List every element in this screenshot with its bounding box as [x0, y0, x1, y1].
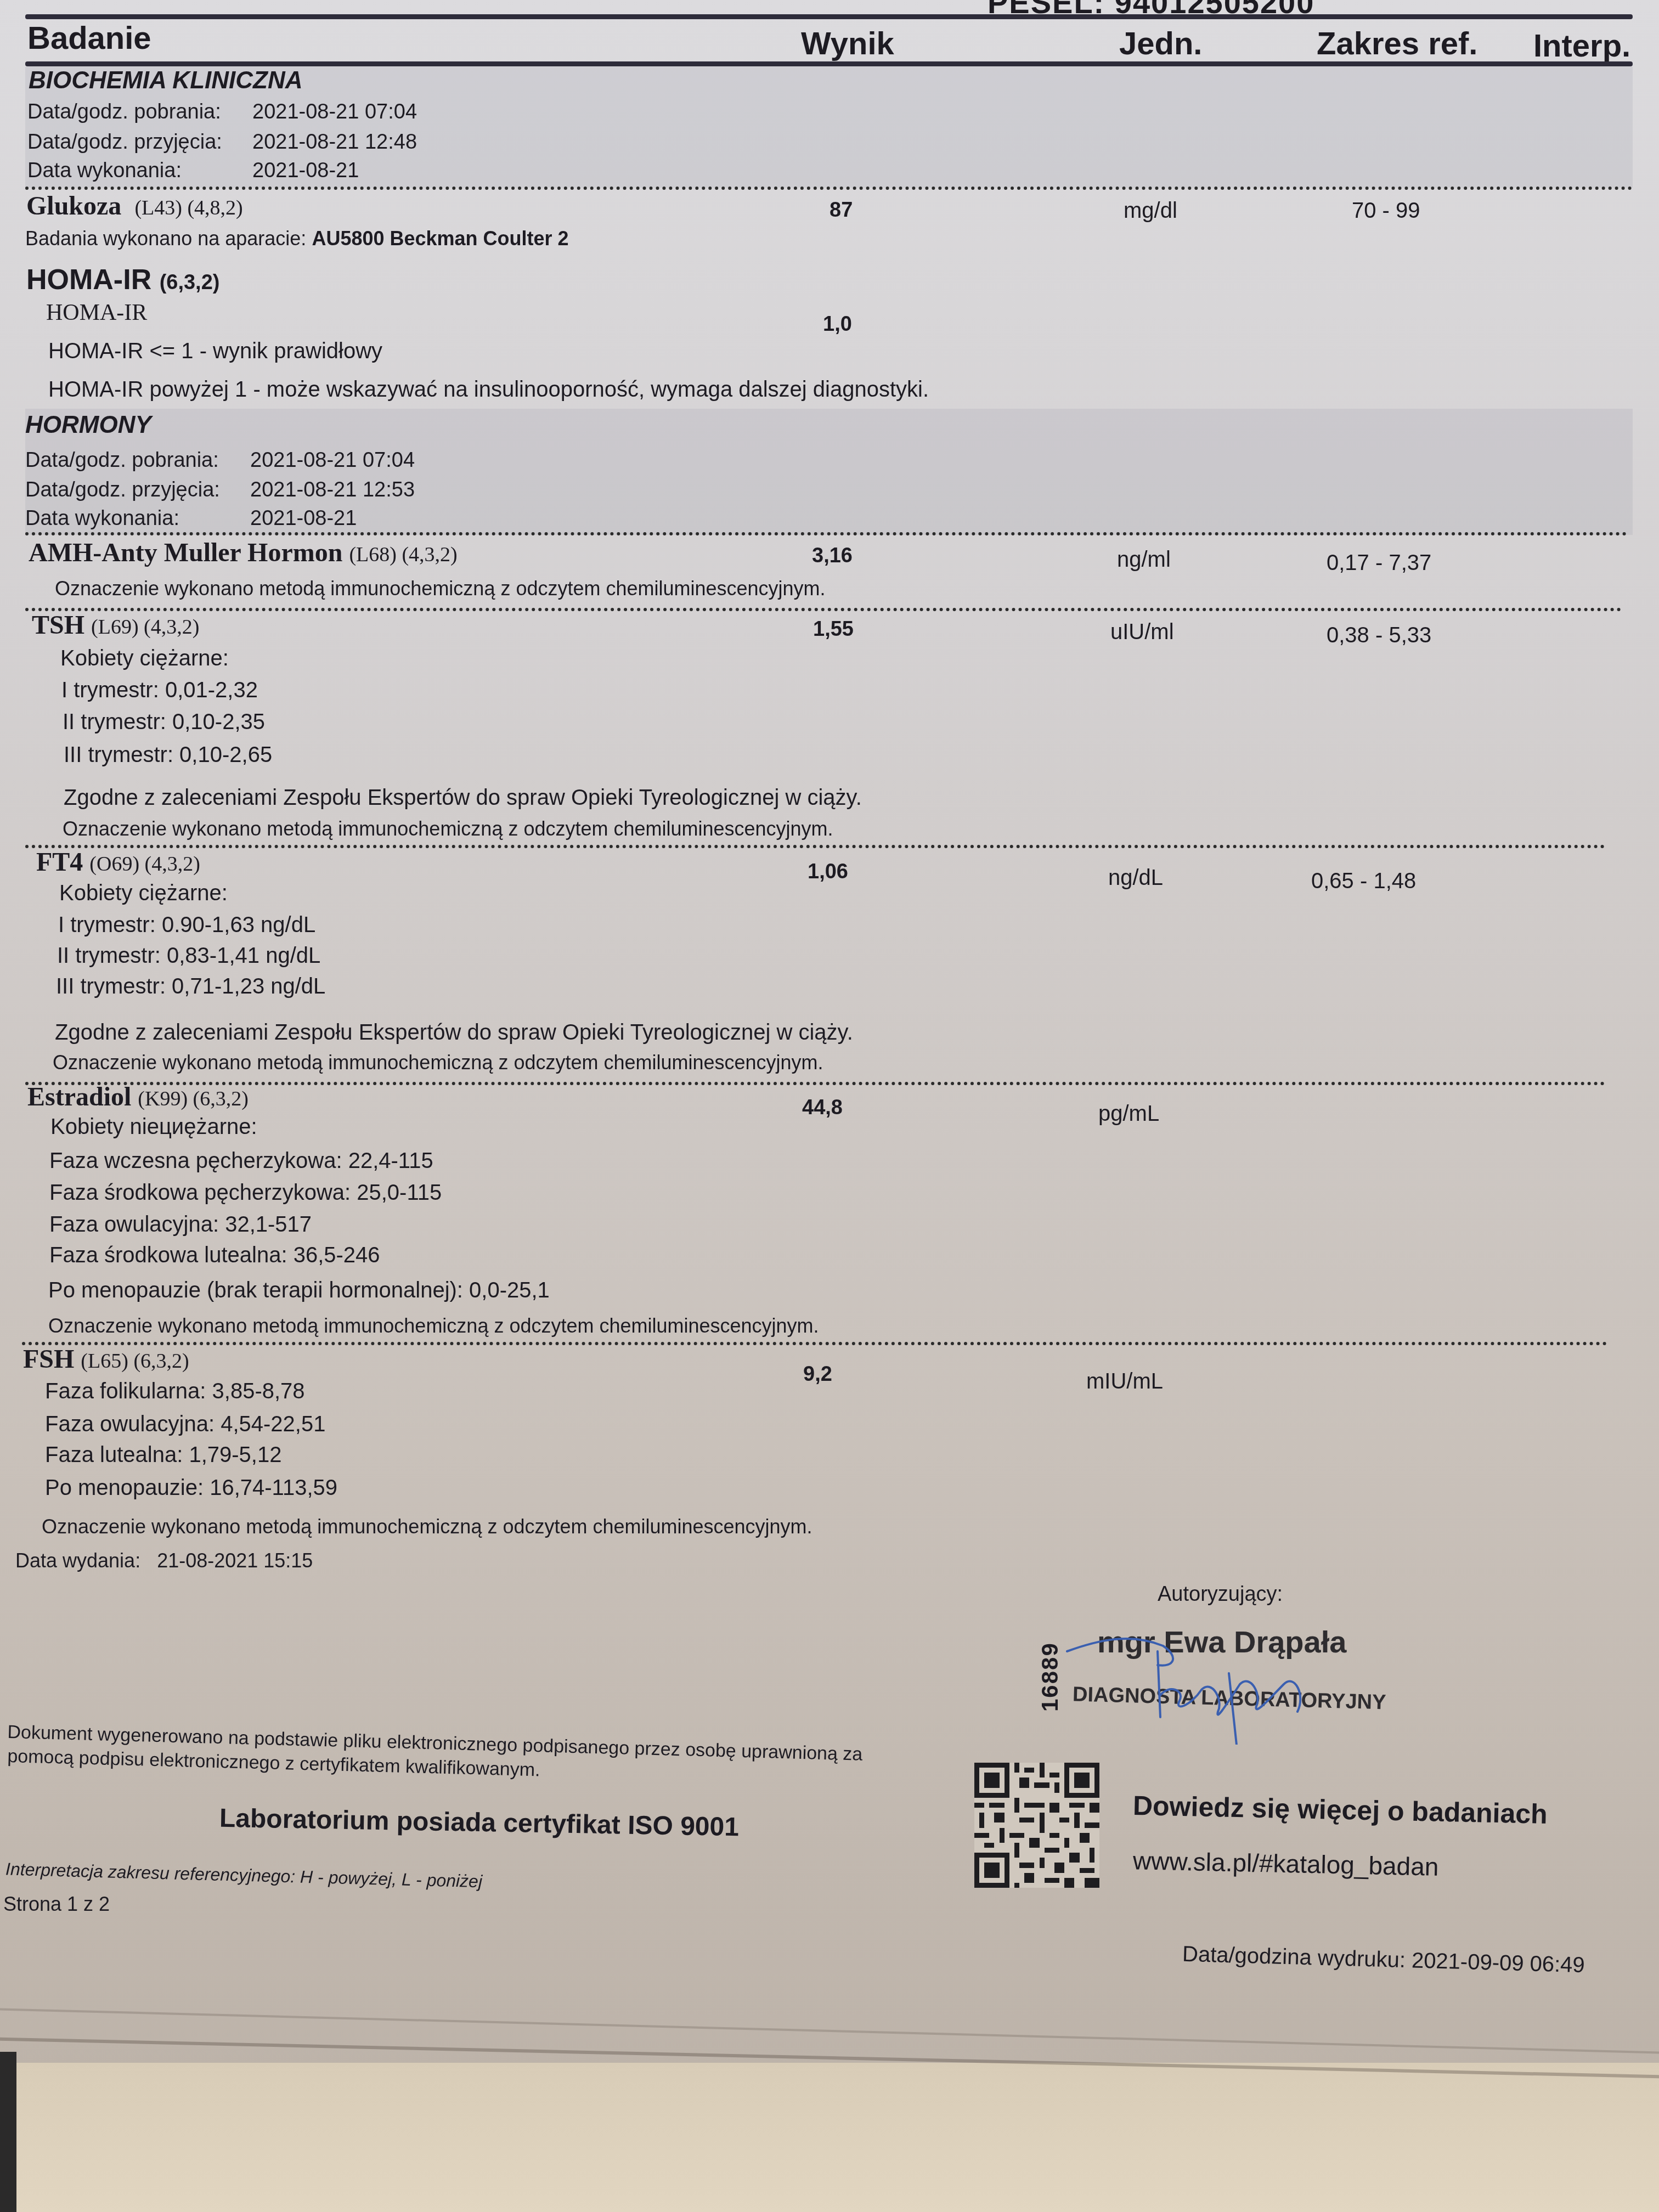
- column-header-result: Wynik: [801, 25, 894, 62]
- result-homa: 1,0: [823, 313, 852, 336]
- test-name: Glukoza: [26, 191, 121, 221]
- estradiol-note: Faza wczesna pęcherzykowa: 22,4-115: [49, 1149, 433, 1173]
- stamp-number: 16889: [1037, 1642, 1063, 1712]
- test-name: AMH-Anty Muller Hormon: [29, 538, 342, 567]
- meta-row: Data wykonania:2021-08-21: [27, 159, 359, 183]
- column-header-unit: Jedn.: [1119, 25, 1203, 62]
- learn-more-link[interactable]: www.sla.pl/#katalog_badan: [1132, 1846, 1438, 1882]
- meta-value: 2021-08-21 12:48: [252, 131, 417, 154]
- learn-more-title: Dowiedz się więcej o badaniach: [1132, 1790, 1548, 1830]
- header-rule-top: [25, 14, 1633, 19]
- test-name-amh: AMH-Anty Muller Hormon (L68) (4,3,2): [29, 538, 458, 568]
- qr-code-icon[interactable]: [974, 1761, 1099, 1889]
- row-divider: [25, 1082, 1605, 1085]
- result-fsh: 9,2: [803, 1363, 832, 1386]
- meta-row: Data/godz. przyjęcia:2021-08-21 12:53: [25, 478, 415, 502]
- paper-crease: [0, 2008, 1659, 2053]
- test-codes: (6,3,2): [160, 271, 220, 294]
- method-note: Oznaczenie wykonano metodą immunochemicz…: [63, 817, 833, 840]
- row-divider: [25, 532, 1627, 535]
- test-name: Estradiol: [27, 1082, 131, 1111]
- page-number: Strona 1 z 2: [3, 1893, 110, 1916]
- device-name: AU5800 Beckman Coulter 2: [312, 227, 568, 250]
- result-amh: 3,16: [812, 544, 853, 568]
- test-codes: (L43) (4,8,2): [134, 196, 242, 219]
- range-glukoza: 70 - 99: [1352, 199, 1420, 223]
- ft4-note: III trymestr: 0,71-1,23 ng/dL: [56, 974, 325, 999]
- meta-value: 2021-08-21 07:04: [250, 449, 415, 472]
- homa-note: HOMA-IR powyżej 1 - może wskazywać na in…: [48, 377, 929, 402]
- meta-value: 2021-08-21 12:53: [250, 478, 415, 501]
- meta-value: 2021-08-21: [252, 159, 359, 182]
- method-note: Oznaczenie wykonano metodą immunochemicz…: [48, 1314, 819, 1338]
- unit-estradiol: pg/mL: [1098, 1102, 1159, 1126]
- method-note: Oznaczenie wykonano metodą immunochemicz…: [42, 1515, 812, 1538]
- meta-value: 2021-08-21: [250, 507, 357, 530]
- test-codes: (L69) (4,3,2): [91, 616, 199, 639]
- column-header-test: Badanie: [27, 20, 151, 57]
- row-divider: [22, 1342, 1607, 1345]
- method-note: Oznaczenie wykonano metodą immunochemicz…: [55, 577, 826, 600]
- test-name: FT4: [36, 848, 83, 877]
- fsh-note: Po menopauzie: 16,74-113,59: [45, 1476, 337, 1500]
- result-estradiol: 44,8: [802, 1096, 843, 1120]
- test-name: FSH: [23, 1345, 74, 1374]
- print-date: Data/godzina wydruku: 2021-09-09 06:49: [1182, 1942, 1585, 1978]
- authorization-stamp: 16889 mgr Ewa Drąpała DIAGNOSTA LABORATO…: [1042, 1624, 1437, 1723]
- meta-row: Data wykonania:2021-08-21: [25, 507, 357, 531]
- estradiol-note: Faza owulacyjna: 32,1-517: [49, 1212, 312, 1237]
- ft4-note: Kobiety ciężarne:: [59, 881, 228, 906]
- meta-label: Data/godz. pobrania:: [27, 100, 252, 124]
- meta-row: Data/godz. pobrania:2021-08-21 07:04: [25, 449, 415, 472]
- unit-amh: ng/ml: [1117, 548, 1171, 572]
- device-note: Badania wykonano na aparacie: AU5800 Bec…: [25, 227, 569, 250]
- estradiol-note: Faza środkowa pęcherzykowa: 25,0-115: [49, 1181, 442, 1205]
- estradiol-note: Faza środkowa lutealna: 36,5-246: [49, 1243, 380, 1268]
- issue-date-value: 21-08-2021 15:15: [157, 1549, 313, 1572]
- row-divider: [25, 608, 1622, 611]
- range-amh: 0,17 - 7,37: [1327, 551, 1431, 575]
- section-title-hormony: HORMONY: [25, 411, 151, 439]
- column-header-interp: Interp.: [1533, 27, 1630, 64]
- ft4-note: I trymestr: 0.90-1,63 ng/dL: [58, 913, 315, 938]
- homa-note: HOMA-IR <= 1 - wynik prawidłowy: [48, 339, 382, 364]
- unit-glukoza: mg/dl: [1124, 199, 1177, 223]
- column-header-range: Zakres ref.: [1317, 25, 1477, 62]
- result-glukoza: 87: [830, 199, 853, 222]
- paper-fold-edge: [0, 2063, 1659, 2212]
- fsh-note: Faza folikularna: 3,85-8,78: [45, 1379, 305, 1404]
- authorizing-label: Autoryzujący:: [1158, 1583, 1283, 1606]
- meta-row: Data/godz. przyjęcia:2021-08-21 12:48: [27, 131, 417, 154]
- tsh-note: Zgodne z zaleceniami Zespołu Ekspertów d…: [64, 786, 862, 810]
- row-divider: [25, 845, 1605, 848]
- tsh-note: III trymestr: 0,10-2,65: [64, 743, 272, 768]
- lab-report-page: PESEL: 94012505200 Badanie Wynik Jedn. Z…: [0, 0, 1659, 2074]
- signature-icon: [1064, 1635, 1372, 1745]
- row-divider: [25, 187, 1633, 190]
- result-tsh: 1,55: [813, 618, 854, 641]
- unit-ft4: ng/dL: [1108, 866, 1163, 890]
- test-codes: (L65) (6,3,2): [81, 1350, 189, 1373]
- fsh-note: Faza lutealna: 1,79-5,12: [45, 1443, 281, 1468]
- range-ft4: 0,65 - 1,48: [1311, 869, 1416, 894]
- test-name-estradiol: Estradiol (K99) (6,3,2): [27, 1082, 249, 1112]
- estradiol-note: Po menopauzie (brak terapii hormonalnej)…: [48, 1278, 550, 1303]
- test-name-homa: HOMA-IR (6,3,2): [26, 263, 219, 296]
- test-name: TSH: [32, 611, 84, 640]
- interpretation-legend: Interpretacja zakresu referencyjnego: H …: [5, 1859, 483, 1892]
- background-edge: [0, 2052, 16, 2212]
- tsh-note: Kobiety ciężarne:: [60, 646, 229, 671]
- ft4-note: II trymestr: 0,83-1,41 ng/dL: [57, 944, 320, 968]
- result-ft4: 1,06: [808, 860, 848, 884]
- method-note: Oznaczenie wykonano metodą immunochemicz…: [53, 1051, 823, 1074]
- unit-fsh: mIU/mL: [1086, 1369, 1163, 1394]
- test-name-fsh: FSH (L65) (6,3,2): [23, 1344, 189, 1374]
- tsh-note: II trymestr: 0,10-2,35: [63, 710, 265, 735]
- meta-value: 2021-08-21 07:04: [252, 100, 417, 123]
- test-codes: (K99) (6,3,2): [138, 1087, 249, 1110]
- meta-label: Data/godz. przyjęcia:: [25, 478, 250, 502]
- meta-label: Data/godz. przyjęcia:: [27, 131, 252, 154]
- homa-subtest: HOMA-IR: [46, 300, 147, 326]
- range-tsh: 0,38 - 5,33: [1327, 623, 1431, 648]
- meta-label: Data wykonania:: [25, 507, 250, 531]
- meta-label: Data wykonania:: [27, 159, 252, 183]
- test-name: HOMA-IR: [26, 264, 151, 296]
- unit-tsh: uIU/ml: [1110, 620, 1174, 645]
- test-name-glukoza: Glukoza (L43) (4,8,2): [26, 191, 243, 221]
- issue-date: Data wydania: 21-08-2021 15:15: [15, 1549, 313, 1572]
- meta-row: Data/godz. pobrania:2021-08-21 07:04: [27, 100, 417, 124]
- estradiol-note: Kobiety niециężarne:: [50, 1115, 257, 1139]
- test-codes: (O69) (4,3,2): [89, 853, 200, 876]
- issue-date-label: Data wydania:: [15, 1549, 140, 1572]
- test-name-tsh: TSH (L69) (4,3,2): [32, 610, 199, 640]
- test-codes: (L68) (4,3,2): [349, 543, 457, 566]
- tsh-note: I trymestr: 0,01-2,32: [61, 678, 258, 703]
- fsh-note: Faza owulacyjna: 4,54-22,51: [45, 1412, 325, 1437]
- test-name-ft4: FT4 (O69) (4,3,2): [36, 847, 200, 877]
- ft4-note: Zgodne z zaleceniami Zespołu Ekspertów d…: [55, 1020, 853, 1045]
- meta-label: Data/godz. pobrania:: [25, 449, 250, 472]
- device-label: Badania wykonano na aparacie:: [25, 227, 306, 250]
- iso-certificate: Laboratorium posiada certyfikat ISO 9001: [219, 1803, 740, 1843]
- header-rule-bottom: [25, 61, 1633, 66]
- section-title-biochemia: BIOCHEMIA KLINICZNA: [29, 67, 302, 94]
